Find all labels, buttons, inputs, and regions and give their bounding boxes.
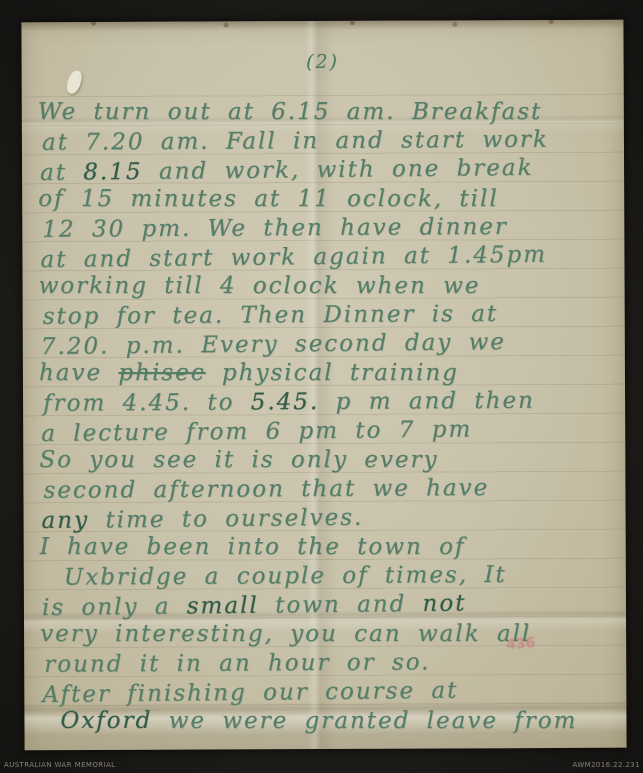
scan-background: (2) We turn out at 6.15 am. Breakfastat … bbox=[0, 0, 643, 773]
letter-text-segment: at bbox=[40, 160, 84, 186]
letter-text-segment: p m and then bbox=[319, 388, 535, 415]
letter-text-segment: from 4.45. to bbox=[43, 389, 251, 416]
letter-page: (2) We turn out at 6.15 am. Breakfastat … bbox=[21, 20, 626, 751]
letter-line: any time to ourselves. bbox=[41, 501, 619, 536]
letter-text-segment: So you see it is only every bbox=[39, 447, 438, 473]
page-number: (2) bbox=[22, 50, 624, 75]
letter-text-segment: at and start work again at 1.45pm bbox=[40, 242, 547, 273]
letter-text-segment: 7.20. p.m. Every second day we bbox=[41, 329, 506, 360]
letter-text-segment: time to ourselves. bbox=[89, 505, 363, 534]
letter-text-segment: and work, with one break bbox=[142, 155, 533, 185]
letter-text-segment: 5.45. bbox=[251, 389, 320, 415]
letter-text-segment: Oxford bbox=[60, 708, 152, 734]
letter-text-segment: we were granted leave from bbox=[152, 708, 577, 734]
letter-line: have phisec physical training bbox=[39, 359, 617, 388]
archive-caption-left: AUSTRALIAN WAR MEMORIAL bbox=[4, 761, 115, 769]
letter-text-segment: second afternoon that we have bbox=[43, 475, 489, 504]
letter-text-segment: at 7.20 am. Fall in and start work bbox=[42, 127, 549, 156]
letter-line: We turn out at 6.15 am. Breakfast bbox=[38, 98, 616, 127]
letter-text-segment: After finishing our course at bbox=[42, 678, 458, 708]
letter-text-segment: I have been into the town of bbox=[40, 534, 466, 560]
letter-text-segment: We turn out at 6.15 am. Breakfast bbox=[38, 99, 542, 125]
letter-text-segment: 12 30 pm. We then have dinner bbox=[42, 214, 508, 243]
letter-line: After finishing our course at bbox=[42, 675, 620, 710]
letter-line: at and start work again at 1.45pm bbox=[40, 240, 618, 275]
letter-text-segment: stop for tea. Then Dinner is at bbox=[43, 301, 499, 330]
letter-text-segment: round it in an hour or so. bbox=[44, 649, 430, 677]
letter-text-segment: Uxbridge a couple of times, It bbox=[64, 562, 507, 591]
letter-text-segment: of 15 minutes at 11 oclock, till bbox=[38, 186, 499, 212]
letter-text-segment: any bbox=[41, 507, 89, 533]
letter-text-segment: is only a bbox=[42, 593, 187, 621]
letter-text-segment: not bbox=[422, 591, 466, 617]
letter-line: working till 4 oclock when we bbox=[39, 272, 617, 301]
letter-text-segment: have bbox=[39, 360, 118, 386]
letter-line: 7.20. p.m. Every second day we bbox=[41, 327, 619, 362]
letter-text-segment: town and bbox=[259, 591, 423, 619]
letter-text-segment: phisec bbox=[118, 360, 205, 386]
letter-text-segment: working till 4 oclock when we bbox=[39, 273, 481, 299]
letter-line: I have been into the town of bbox=[40, 533, 618, 562]
letter-line: a lecture from 6 pm to 7 pm bbox=[41, 414, 619, 449]
letter-text-segment: a lecture from 6 pm to 7 pm bbox=[41, 416, 472, 447]
letter-text-segment: 8.15 bbox=[83, 159, 142, 186]
letter-line: of 15 minutes at 11 oclock, till bbox=[38, 185, 616, 214]
archive-caption-right: AWM2016.22.231 bbox=[573, 761, 641, 769]
torn-top-edge bbox=[21, 20, 623, 32]
letter-line: Oxford we were granted leave from bbox=[40, 707, 618, 736]
letter-text-segment: very interesting, you can walk all bbox=[40, 621, 531, 647]
letter-line: is only a small town and not bbox=[42, 588, 620, 623]
letter-text-segment: small bbox=[187, 593, 259, 620]
letter-line: at 8.15 and work, with one break bbox=[40, 153, 618, 188]
letter-text-segment: physical training bbox=[206, 360, 459, 386]
letter-line: So you see it is only every bbox=[39, 446, 617, 475]
faint-stamp: 436 bbox=[506, 635, 536, 653]
